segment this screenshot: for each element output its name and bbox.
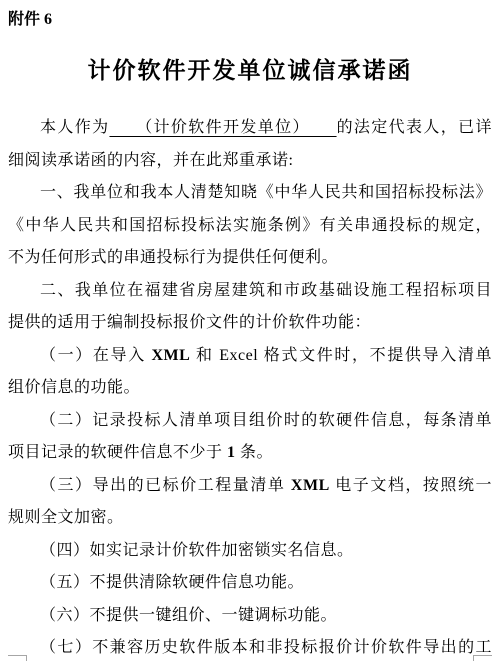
page-title: 计价软件开发单位诚信承诺函 [0, 52, 500, 85]
text-line: 规则全文加密。 [8, 502, 492, 535]
text-segment: （五）不提供清除软硬件信息功能。 [40, 574, 304, 591]
text-line: 项目记录的软硬件信息不少于 1 条。 [8, 437, 492, 470]
margin-corner-mark-bottom-left [8, 655, 27, 661]
text-line: 二、我单位在福建省房屋建筑和市政基础设施工程招标项目 [8, 275, 492, 308]
text-segment: 规则全文加密。 [8, 509, 124, 526]
text-line: 提供的适用于编制投标报价文件的计价软件功能： [8, 307, 492, 340]
text-segment: （七）不兼容历史软件版本和非投标报价计价软件导出的工 [40, 639, 492, 656]
text-segment: 二、我单位在福建省房屋建筑和市政基础设施工程招标项目 [40, 282, 492, 299]
text-segment: （六）不提供一键组价、一键调标功能。 [40, 607, 337, 624]
text-line: 细阅读承诺函的内容，并在此郑重承诺: [8, 145, 492, 178]
text-segment: 项目记录的软硬件信息不少于 [8, 444, 227, 461]
text-segment: 和 Excel 格式文件时，不提供导入清单 [190, 347, 492, 364]
text-line: 不为任何形式的串通投标行为提供任何便利。 [8, 242, 492, 275]
text-segment: 不为任何形式的串通投标行为提供任何便利。 [8, 249, 338, 266]
attachment-label: 附件 6 [8, 6, 52, 29]
text-segment: 条。 [236, 444, 274, 461]
text-segment: 提供的适用于编制投标报价文件的计价软件功能： [8, 314, 371, 331]
text-line: （六）不提供一键组价、一键调标功能。 [8, 600, 492, 633]
text-segment: （二）记录投标人清单项目组价时的软硬件信息，每条清单 [40, 412, 492, 429]
text-segment: （四）如实记录计价软件加密锁实名信息。 [40, 542, 354, 559]
text-segment-bold: 1 [227, 444, 236, 461]
text-line: （二）记录投标人清单项目组价时的软硬件信息，每条清单 [8, 405, 492, 438]
text-line: 一、我单位和我本人清楚知晓《中华人民共和国招标投标法》 [8, 177, 492, 210]
text-line: （一）在导入 XML 和 Excel 格式文件时，不提供导入清单 [8, 340, 492, 373]
text-line: （三）导出的已标价工程量清单 XML 电子文档，按照统一 [8, 470, 492, 503]
text-segment: 电子文档，按照统一 [330, 477, 492, 494]
text-segment: 《中华人民共和国招标投标法实施条例》有关串通投标的规定， [8, 217, 492, 234]
text-segment-bold: XML [291, 477, 330, 494]
margin-corner-mark-bottom-right [473, 655, 492, 661]
text-line: （四）如实记录计价软件加密锁实名信息。 [8, 535, 492, 568]
text-line: 《中华人民共和国招标投标法实施条例》有关串通投标的规定， [8, 210, 492, 243]
text-segment: 的法定代表人，已详 [337, 119, 492, 136]
text-segment-underline: （计价软件开发单位） [109, 119, 336, 136]
text-segment-bold: XML [151, 347, 190, 364]
text-segment: 细阅读承诺函的内容，并在此郑重承诺: [8, 152, 293, 169]
text-segment: （三）导出的已标价工程量清单 [40, 477, 291, 494]
document-page: { "page": { "background": "#ffffff", "te… [0, 0, 500, 664]
text-line: 本人作为 （计价软件开发单位） 的法定代表人，已详 [8, 112, 492, 145]
text-line: （五）不提供清除软硬件信息功能。 [8, 567, 492, 600]
text-segment: 组价信息的功能。 [8, 379, 140, 396]
document-lines: 本人作为 （计价软件开发单位） 的法定代表人，已详细阅读承诺函的内容，并在此郑重… [8, 112, 492, 664]
text-segment: 一、我单位和我本人清楚知晓《中华人民共和国招标投标法》 [40, 184, 492, 201]
text-line: 组价信息的功能。 [8, 372, 492, 405]
text-segment: （一）在导入 [40, 347, 151, 364]
text-segment: 本人作为 [40, 119, 109, 136]
text-line: （七）不兼容历史软件版本和非投标报价计价软件导出的工 [8, 632, 492, 664]
